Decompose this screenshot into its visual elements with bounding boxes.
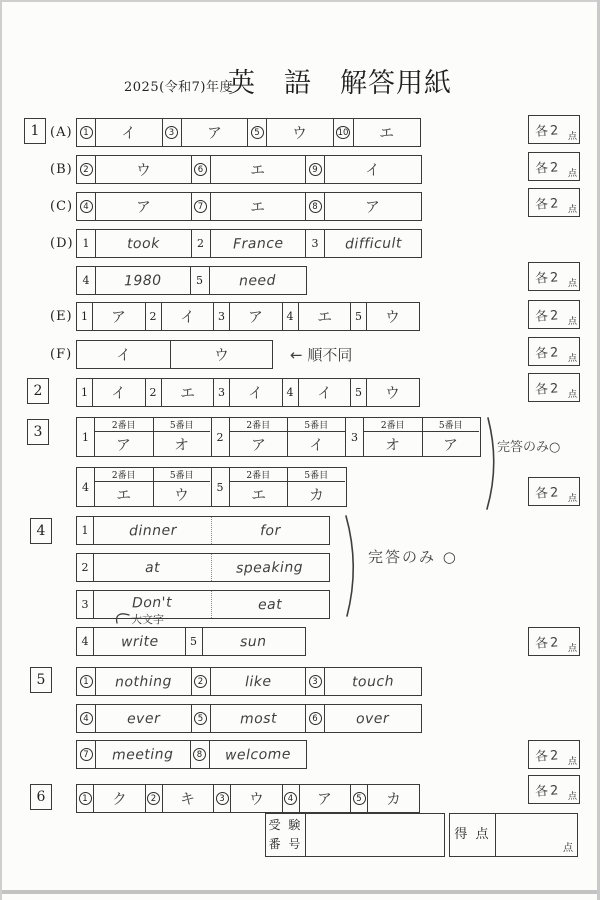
item-number: 1 [77, 230, 96, 257]
points-each-handwritten: 各2 [534, 341, 561, 362]
q1-section-c-label: (C) [50, 192, 73, 221]
item-number-circled: 8 [309, 200, 322, 213]
q1-row-f: イ ウ [76, 340, 273, 369]
answer-sheet-page: 2025(令和7)年度 英 語 解答用紙 1 (A) 1イ 3ア 5ウ 10エ … [0, 0, 600, 900]
handwritten-answer: イ [116, 344, 132, 366]
scan-edge-top [0, 0, 600, 2]
handwritten-answer: ウ [249, 788, 265, 810]
handwritten-answer: over [356, 710, 390, 727]
points-unit: 点 [568, 129, 577, 142]
score-box: 各2点 [528, 115, 580, 144]
q4-row-2: 2 at speaking [76, 553, 330, 582]
item-number-circled: 4 [80, 200, 93, 213]
handwritten-answer: エ [250, 483, 266, 505]
school-year-label: 2025(令和7)年度 [124, 76, 233, 95]
col-header-5th: 5番目 [287, 418, 345, 432]
item-number: 3 [346, 418, 364, 456]
score-box: 各2点 [528, 740, 580, 769]
handwritten-answer: 1980 [124, 272, 162, 289]
examinee-number-field [306, 814, 444, 856]
handwritten-answer: イ [248, 382, 264, 404]
item-number: 2 [212, 418, 230, 456]
handwritten-answer: エ [116, 483, 132, 505]
handwritten-answer: ア [136, 196, 152, 218]
page-title: 英 語 解答用紙 [228, 61, 452, 100]
item-number-circled: 9 [309, 163, 322, 176]
q1-row-c: 4ア 7エ 8ア [76, 192, 422, 221]
handwritten-answer: at [145, 559, 160, 575]
score-box: 各2点 [528, 188, 580, 217]
handwritten-answer: ア [250, 433, 266, 455]
col-header-5th: 5番目 [422, 418, 480, 432]
points-unit: 点 [568, 314, 577, 327]
points-unit: 点 [568, 789, 577, 802]
item-number-circled: 3 [165, 126, 178, 139]
col-header-2nd: 2番目 [364, 418, 422, 432]
item-number-circled: 7 [80, 748, 93, 761]
item-number: 5 [191, 267, 210, 294]
handwritten-answer: ウ [136, 159, 152, 181]
handwritten-answer: ウ [385, 382, 401, 404]
handwritten-answer: took [127, 235, 160, 252]
points-each-handwritten: 各2 [534, 119, 561, 140]
q1-number-box: 1 [24, 118, 46, 144]
item-number-circled: 2 [194, 675, 207, 688]
handwritten-answer: need [239, 272, 276, 289]
q1-row-d1: 1took 2France 3difficult [76, 229, 422, 258]
item-number-circled: 3 [216, 792, 229, 805]
col-header-5th: 5番目 [153, 468, 211, 482]
q5-number-box: 5 [30, 667, 52, 693]
points-unit: 点 [568, 166, 577, 179]
q4-grading-brace [343, 514, 361, 618]
item-number-circled: 2 [147, 792, 160, 805]
points-unit: 点 [568, 491, 577, 504]
item-number-circled: 3 [309, 675, 322, 688]
handwritten-answer: sun [240, 633, 267, 649]
points-each-handwritten: 各2 [534, 266, 561, 287]
score-box: 各2点 [528, 775, 580, 804]
handwritten-answer: ウ [292, 122, 308, 144]
handwritten-answer: meeting [112, 746, 174, 763]
q5-row-3: 7meeting 8welcome [76, 740, 307, 769]
any-order-note: ← 順不同 [290, 344, 352, 365]
q6-number-box: 6 [30, 784, 52, 810]
q4-row-4: 4write 5sun [76, 627, 306, 656]
points-unit: 点 [568, 276, 577, 289]
handwritten-answer: ア [365, 196, 381, 218]
total-score-label: 得 点 [454, 825, 490, 845]
score-box: 各2点 [528, 373, 580, 402]
item-number: 2 [146, 379, 162, 406]
handwritten-answer: イ [121, 122, 137, 144]
item-number-circled: 5 [251, 126, 264, 139]
handwritten-answer: ア [116, 433, 132, 455]
q1-row-d2: 41980 5need [76, 266, 307, 295]
item-number: 3 [214, 303, 230, 330]
handwritten-answer: エ [317, 306, 333, 328]
points-each-handwritten: 各2 [534, 156, 561, 177]
q1-row-b: 2ウ 6エ 9イ [76, 155, 422, 184]
points-each-handwritten: 各2 [534, 779, 561, 800]
item-number: 5 [186, 628, 203, 655]
handwritten-answer: ウ [174, 483, 190, 505]
total-score-field: 点 [496, 814, 577, 856]
handwritten-answer: イ [111, 382, 127, 404]
handwritten-answer: nothing [115, 673, 172, 690]
item-number-circled: 1 [80, 675, 93, 688]
points-each-handwritten: 各2 [534, 631, 561, 652]
item-number-circled: 4 [284, 792, 297, 805]
handwritten-answer: オ [385, 433, 401, 455]
handwritten-answer: like [245, 673, 272, 689]
handwritten-answer: エ [250, 196, 266, 218]
handwritten-answer: ア [207, 122, 223, 144]
item-number: 1 [77, 303, 93, 330]
examinee-number-box: 受 験 番 号 [265, 813, 445, 857]
q1-row-e: 1ア 2イ 3ア 4エ 5ウ [76, 302, 420, 331]
handwritten-answer: イ [180, 306, 196, 328]
q4-complete-answer-note: 完答のみ ○ [368, 546, 458, 567]
item-number-circled: 5 [353, 792, 366, 805]
score-box: 各2点 [528, 337, 580, 366]
q3-number-box: 3 [27, 419, 49, 445]
handwritten-answer: write [121, 633, 159, 650]
col-header-2nd: 2番目 [95, 418, 153, 432]
handwritten-answer: eat [258, 596, 282, 612]
score-box: 各2点 [528, 262, 580, 291]
item-number-circled: 1 [79, 792, 92, 805]
q5-row-1: 1nothing 2like 3touch [76, 667, 422, 696]
item-number: 5 [212, 468, 230, 506]
item-number: 3 [77, 591, 94, 618]
handwritten-answer: dinner [128, 522, 176, 539]
handwritten-answer: ever [127, 710, 161, 727]
q3-row-2: 4 2番目5番目 エウ 5 2番目5番目 エカ [76, 467, 347, 507]
handwritten-answer: ア [248, 306, 264, 328]
examinee-number-label-line2: 番 号 [269, 835, 303, 854]
capitalize-arrow [112, 612, 130, 625]
item-number: 4 [77, 628, 94, 655]
total-score-unit: 点 [563, 839, 573, 854]
handwritten-answer: ア [111, 306, 127, 328]
points-unit: 点 [568, 351, 577, 364]
points-each-handwritten: 各2 [534, 744, 561, 765]
scan-edge-bottom [0, 890, 600, 894]
col-header-2nd: 2番目 [230, 418, 288, 432]
handwritten-answer: イ [317, 382, 333, 404]
handwritten-answer: エ [250, 159, 266, 181]
score-box: 各2点 [528, 300, 580, 329]
points-unit: 点 [568, 387, 577, 400]
item-number: 1 [77, 418, 95, 456]
item-number: 1 [77, 379, 93, 406]
capitalize-note: 大文字 [131, 611, 164, 627]
q4-row-1: 1 dinner for [76, 516, 330, 545]
col-header-2nd: 2番目 [230, 468, 288, 482]
item-number: 3 [214, 379, 230, 406]
handwritten-answer: speaking [236, 559, 303, 576]
item-number-circled: 5 [194, 712, 207, 725]
item-number: 2 [77, 554, 94, 581]
points-unit: 点 [568, 754, 577, 767]
score-box: 各2点 [528, 477, 580, 506]
item-number: 2 [146, 303, 162, 330]
q1-section-b-label: (B) [50, 155, 73, 184]
examinee-number-label-line1: 受 験 [269, 816, 303, 835]
points-each-handwritten: 各2 [534, 192, 561, 213]
q1-section-d-label: (D) [50, 229, 74, 258]
handwritten-answer: ウ [214, 344, 230, 366]
item-number-circled: 2 [80, 163, 93, 176]
q3-grading-brace [484, 416, 502, 511]
item-number: 4 [283, 303, 299, 330]
item-number: 5 [351, 303, 367, 330]
q1-section-a-label: (A) [50, 118, 73, 147]
handwritten-answer: touch [352, 673, 394, 690]
item-number-circled: 6 [194, 163, 207, 176]
handwritten-answer: most [239, 710, 276, 727]
item-number-circled: 8 [193, 748, 206, 761]
handwritten-answer: キ [180, 788, 196, 810]
handwritten-answer: for [259, 522, 280, 538]
points-each-handwritten: 各2 [534, 304, 561, 325]
q3-row-1: 1 2番目5番目 アオ 2 2番目5番目 アイ 3 2番目5番目 オア [76, 417, 481, 457]
q3-complete-answer-note: 完答のみ○ [497, 436, 560, 455]
q5-row-2: 4ever 5most 6over [76, 704, 422, 733]
item-number-circled: 10 [336, 126, 350, 139]
col-header-5th: 5番目 [287, 468, 345, 482]
handwritten-answer: カ [386, 788, 402, 810]
q6-row: 1ク 2キ 3ウ 4ア 5カ [76, 784, 420, 813]
handwritten-answer: Don't [132, 594, 172, 611]
handwritten-answer: ア [317, 788, 333, 810]
points-each-handwritten: 各2 [534, 377, 561, 398]
item-number: 4 [283, 379, 299, 406]
item-number-circled: 7 [194, 200, 207, 213]
q2-number-box: 2 [27, 378, 49, 404]
score-box: 各2点 [528, 627, 580, 656]
handwritten-answer: ア [443, 433, 459, 455]
points-unit: 点 [568, 641, 577, 654]
handwritten-answer: エ [379, 122, 395, 144]
handwritten-answer: エ [180, 382, 196, 404]
q1-section-f-label: (F) [50, 340, 72, 369]
handwritten-answer: ウ [385, 306, 401, 328]
q2-row: 1イ 2エ 3イ 4イ 5ウ [76, 378, 420, 407]
item-number: 3 [306, 230, 325, 257]
handwritten-answer: カ [308, 483, 324, 505]
item-number: 4 [77, 468, 95, 506]
points-each-handwritten: 各2 [534, 481, 561, 502]
item-number: 1 [77, 517, 94, 544]
handwritten-answer: オ [174, 433, 190, 455]
handwritten-answer: France [233, 235, 284, 252]
col-header-2nd: 2番目 [95, 468, 153, 482]
total-score-box: 得 点 点 [449, 813, 578, 857]
q1-section-e-label: (E) [50, 302, 73, 331]
handwritten-answer: イ [308, 433, 324, 455]
handwritten-answer: welcome [224, 746, 290, 763]
points-unit: 点 [568, 202, 577, 215]
col-header-5th: 5番目 [153, 418, 211, 432]
item-number: 5 [351, 379, 367, 406]
q1-row-a: 1イ 3ア 5ウ 10エ [76, 118, 421, 147]
item-number-circled: 1 [80, 126, 93, 139]
handwritten-answer: ク [112, 788, 128, 810]
scan-edge-left [0, 0, 2, 900]
handwritten-answer: difficult [344, 235, 401, 252]
handwritten-answer: イ [365, 159, 381, 181]
item-number-circled: 6 [309, 712, 322, 725]
score-box: 各2点 [528, 152, 580, 181]
item-number-circled: 4 [80, 712, 93, 725]
item-number: 2 [192, 230, 211, 257]
item-number: 4 [77, 267, 96, 294]
q4-number-box: 4 [30, 518, 52, 544]
